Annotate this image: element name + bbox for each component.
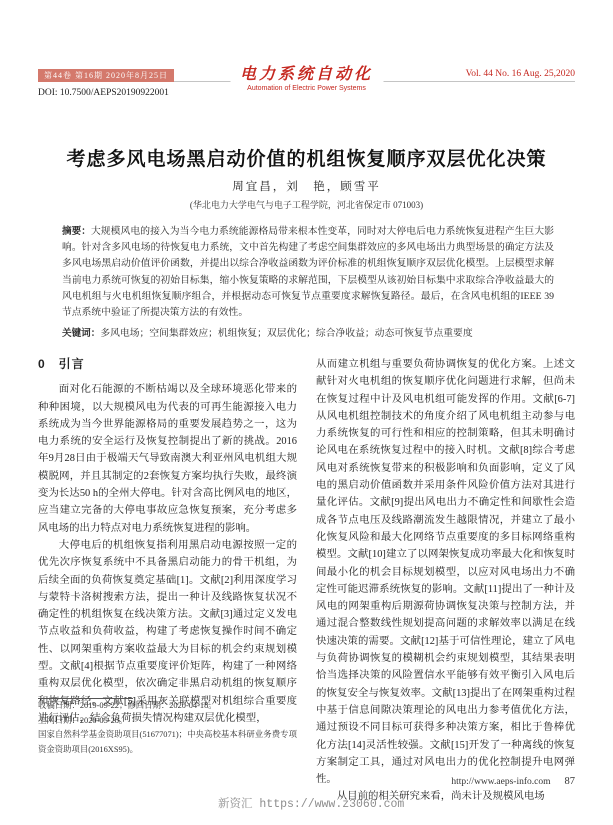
journal-name-en: Automation of Electric Power Systems bbox=[240, 84, 373, 94]
keywords-label: 关键词： bbox=[62, 328, 100, 339]
right-column: 从而建立机组与重要负荷协调恢复的优化方案。上述文献针对火电机组的恢复顺序优化问题… bbox=[316, 356, 575, 806]
footer-right: http://www.aeps-info.com87 bbox=[451, 776, 575, 787]
body-paragraph: 面对化石能源的不断枯竭以及全球环境恶化带来的种种困境，以大规模风电为代表的可再生… bbox=[38, 381, 297, 537]
issue-box: 第44卷 第16期 2020年8月25日 bbox=[38, 69, 174, 82]
abstract-block: 摘要：大规模风电的接入为当今电力系统能源格局带来根本性变革，同时对大停电后电力系… bbox=[62, 224, 554, 321]
page-number: 87 bbox=[565, 776, 576, 787]
keywords-block: 关键词：多风电场；空间集群效应；机组恢复；双层优化；综合净收益；动态可恢复节点重… bbox=[62, 326, 554, 342]
footnote-block: 收稿日期：2019-09-22；修回日期：2020-04-18。 上网日期：20… bbox=[38, 698, 297, 757]
journal-url: http://www.aeps-info.com bbox=[451, 777, 550, 787]
left-column: 0 引言 面对化石能源的不断枯竭以及全球环境恶化带来的种种困境，以大规模风电为代… bbox=[38, 356, 297, 727]
authors-line: 周宜昌，刘 艳，顾雪平 bbox=[0, 178, 613, 194]
section-heading-introduction: 0 引言 bbox=[38, 356, 297, 373]
footnote-online-date: 上网日期：2020-05-28。 bbox=[38, 714, 297, 729]
journal-name-cn: 电力系统自动化 bbox=[240, 66, 373, 84]
journal-logo: 电力系统自动化 Automation of Electric Power Sys… bbox=[230, 66, 383, 94]
journal-page: 第44卷 第16期 2020年8月25日 DOI: 10.7500/AEPS20… bbox=[0, 0, 613, 825]
footnote-funding: 国家自然科学基金资助项目(51677071)；中央高校基本科研业务费专项资金资助… bbox=[38, 728, 297, 757]
watermark-text: 新资汇 https://www.z3060.com bbox=[218, 795, 404, 811]
paper-title: 考虑多风电场黑启动价值的机组恢复顺序双层优化决策 bbox=[0, 144, 613, 171]
affiliation-line: (华北电力大学电气与电子工程学院，河北省保定市 071003) bbox=[0, 198, 613, 211]
footnote-received-date: 收稿日期：2019-09-22；修回日期：2020-04-18。 bbox=[38, 699, 297, 714]
body-paragraph: 从而建立机组与重要负荷协调恢复的优化方案。上述文献针对火电机组的恢复顺序优化问题… bbox=[316, 356, 575, 788]
doi-text: DOI: 10.7500/AEPS20190922001 bbox=[38, 88, 169, 98]
abstract-label: 摘要： bbox=[62, 226, 91, 237]
abstract-text: 大规模风电的接入为当今电力系统能源格局带来根本性变革，同时对大停电后电力系统恢复… bbox=[62, 226, 554, 318]
volume-info: Vol. 44 No. 16 Aug. 25,2020 bbox=[466, 69, 575, 79]
page-header: 第44卷 第16期 2020年8月25日 DOI: 10.7500/AEPS20… bbox=[38, 66, 575, 106]
keywords-text: 多风电场；空间集群效应；机组恢复；双层优化；综合净收益；动态可恢复节点重要度 bbox=[100, 328, 472, 339]
